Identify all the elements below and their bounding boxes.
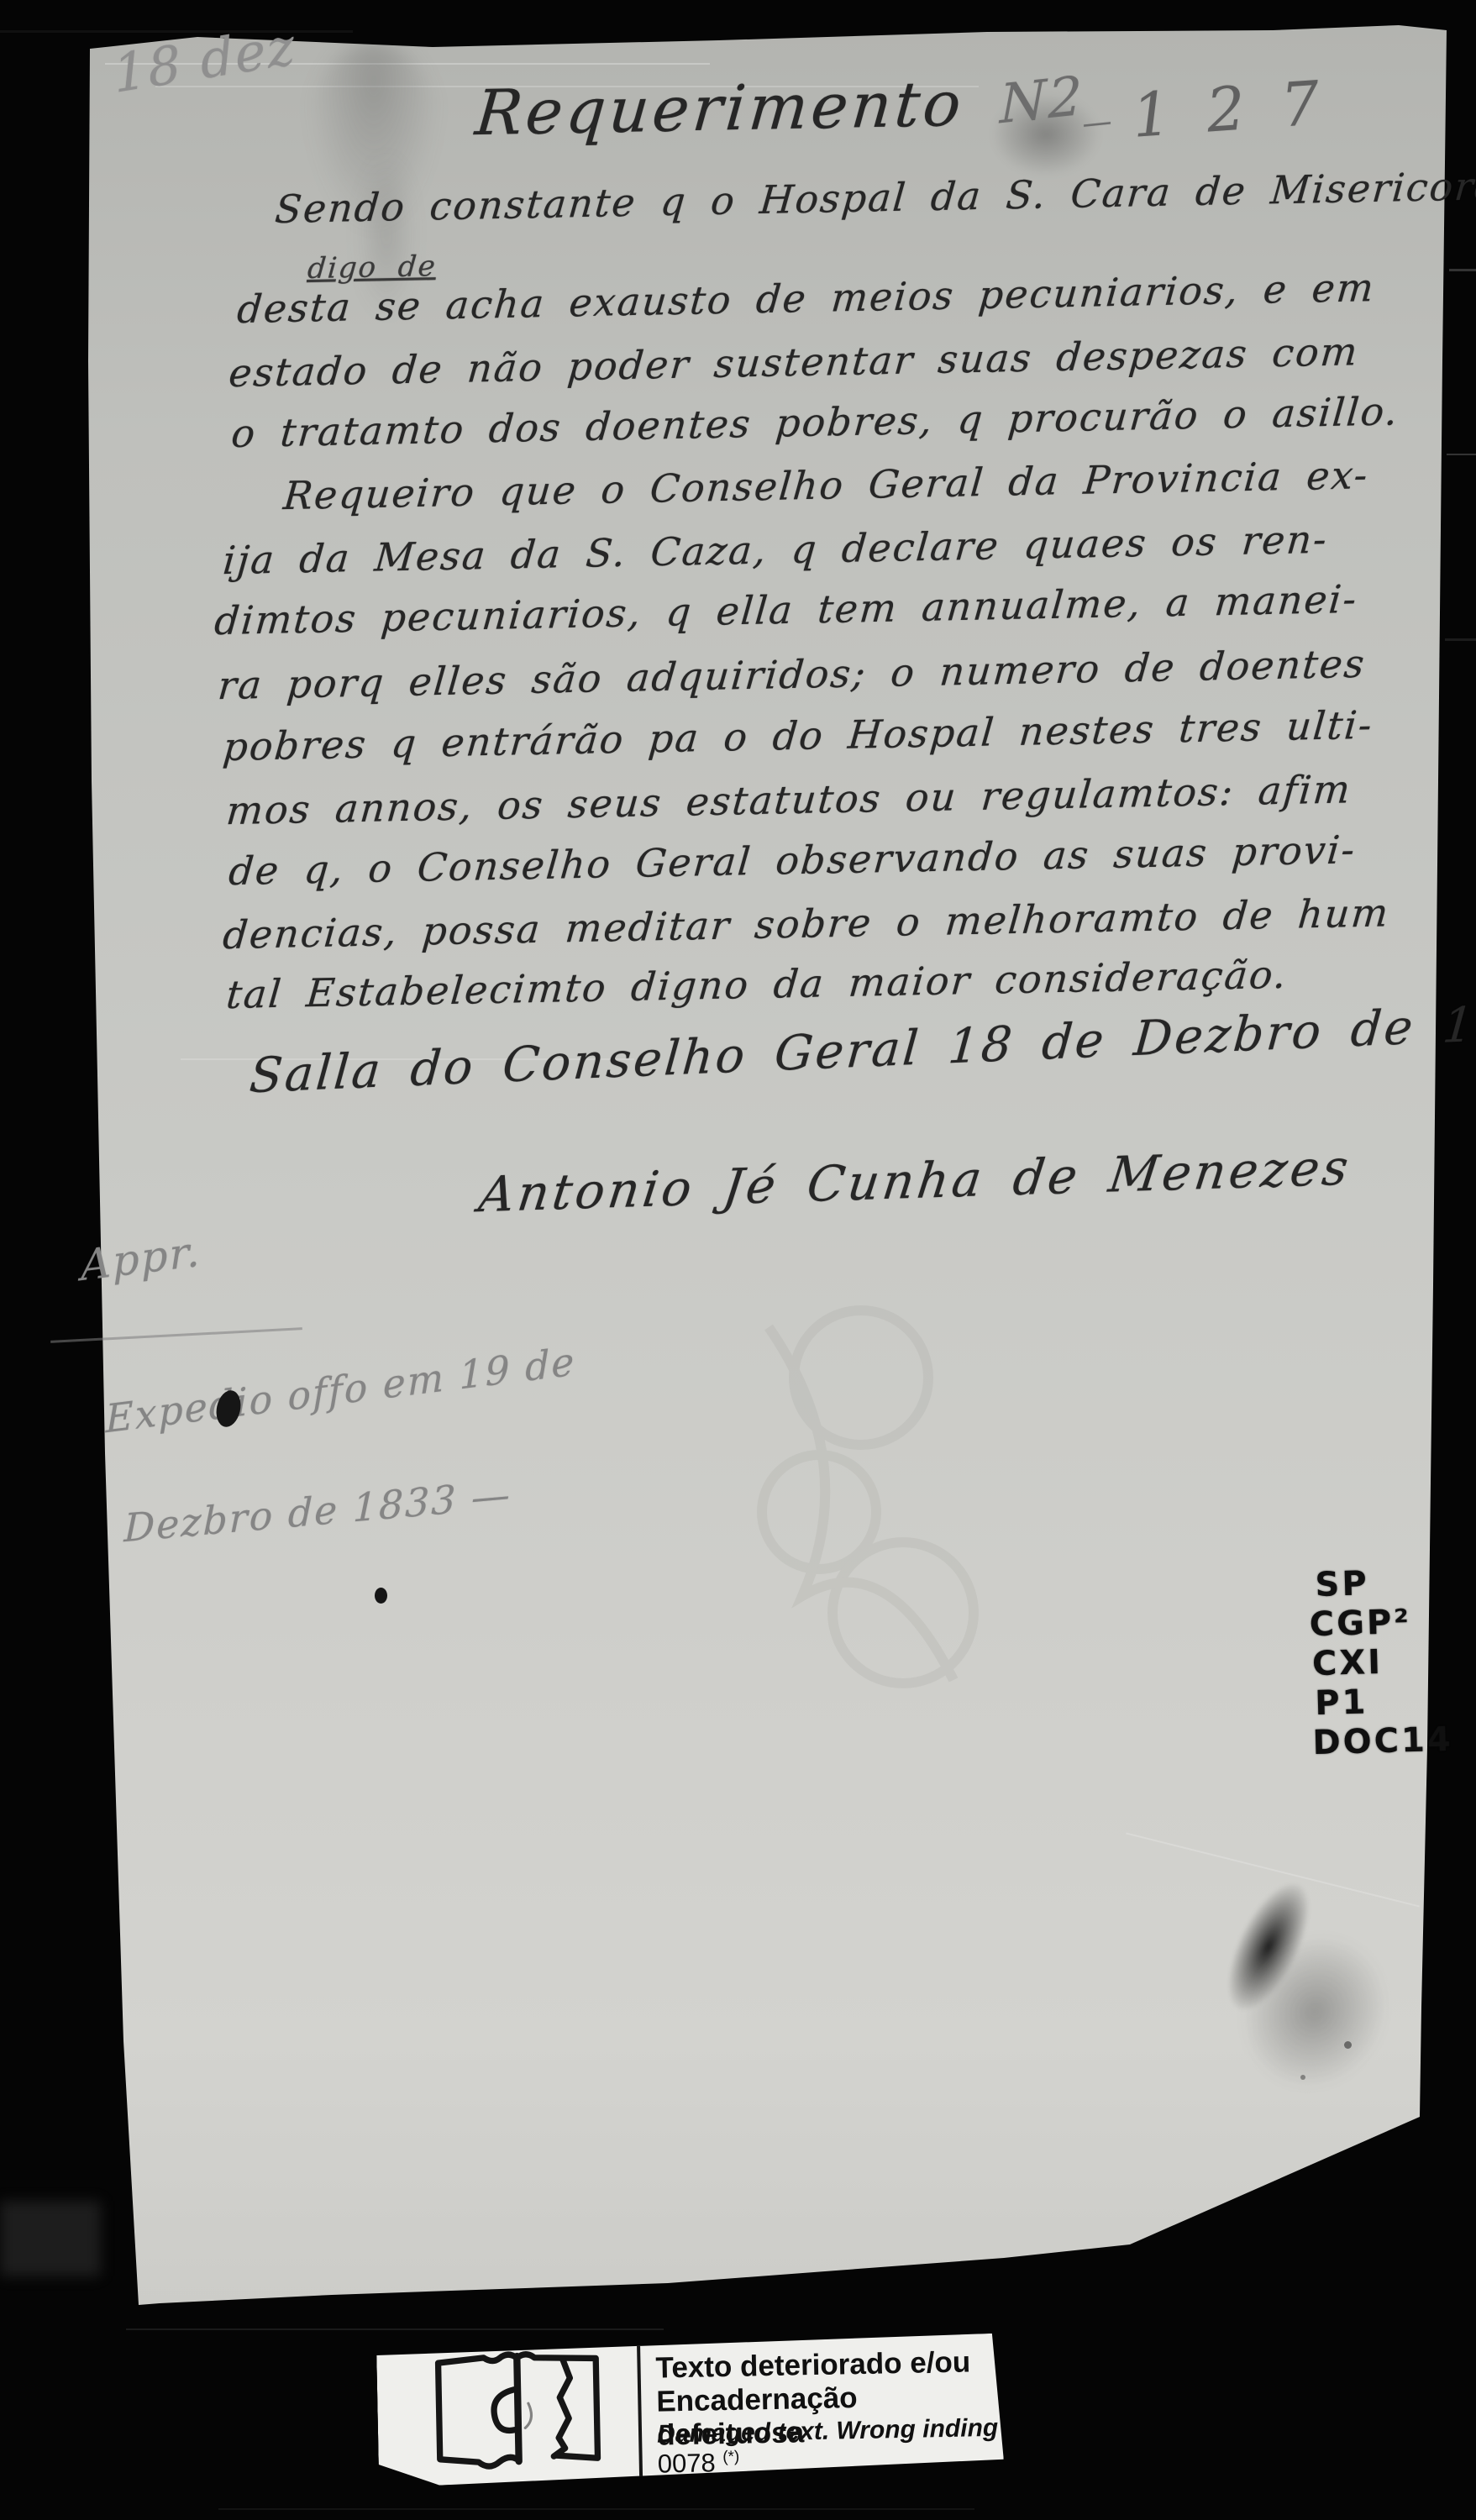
document-number-label: N2_ [1000,62,1112,136]
folio-number: 1 2 7 [1130,67,1330,151]
label-number-superscript: (*) [722,2448,739,2465]
interline-correction: digo de [307,249,439,286]
paper-streak [1126,1832,1420,1907]
film-scratch [126,2328,664,2330]
film-scratch [1447,454,1476,455]
film-scratch [1445,638,1476,641]
label-number: 0078 [657,2448,716,2478]
archive-ref-line: CGP² [1309,1602,1450,1645]
damaged-book-icon [420,2349,616,2475]
film-scratch [0,2201,101,2276]
condition-label: Texto deteriorado e/ou Encadernação defe… [376,2334,1004,2486]
film-scratch [1449,269,1476,271]
archive-ref-line: DOC14 [1312,1720,1453,1763]
watermark-flourish [701,1260,1021,1730]
archive-reference-stamp: SP CGP² CXI P1 DOC14 [1308,1562,1453,1763]
scanned-document-page: 18 dez Requerimento N2_ 1 2 7 Sendo cons… [0,0,1476,2520]
archive-ref-line: SP [1315,1562,1449,1605]
film-scratch [218,2508,974,2510]
archive-ref-line: P1 [1315,1681,1452,1724]
archive-ref-line: CXI [1311,1641,1451,1684]
label-divider [637,2344,643,2476]
label-number-row: 0078 (*) [657,2448,739,2480]
document-title: Requerimento [473,68,968,150]
